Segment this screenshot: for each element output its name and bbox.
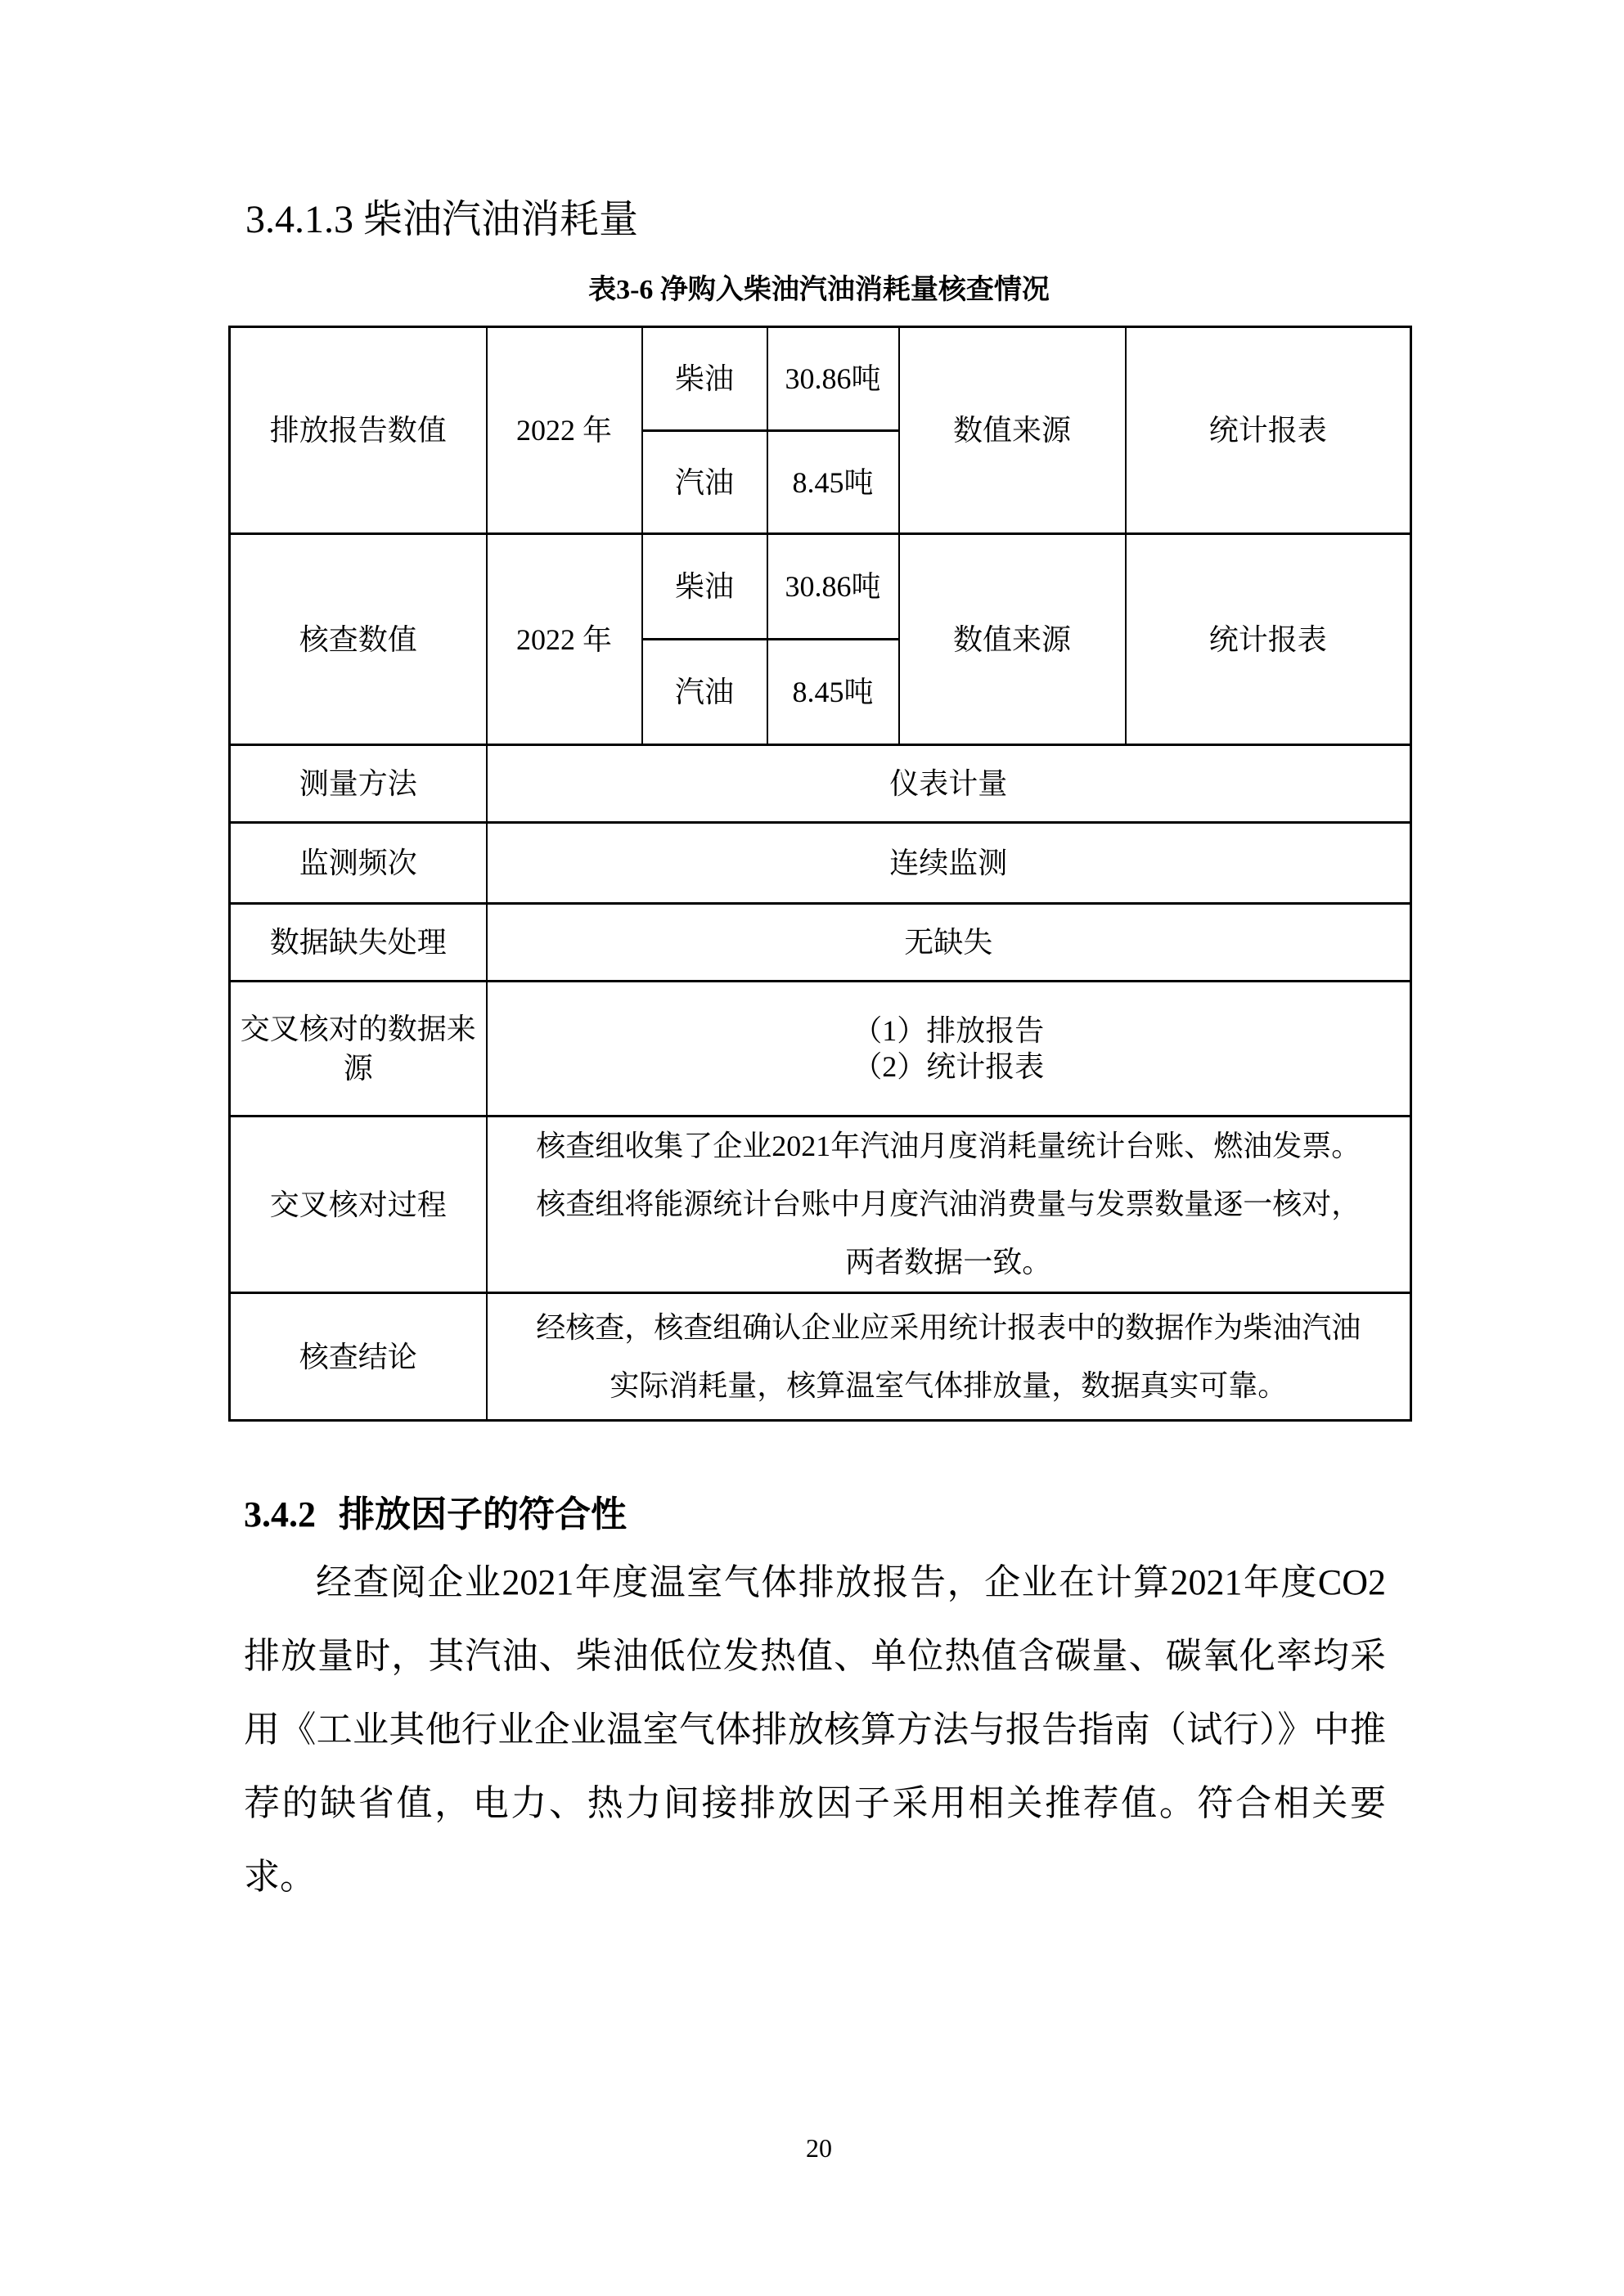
verified-fuel-diesel-cell: 柴油 [642, 534, 767, 640]
section-number: 3.4.2 [244, 1494, 316, 1534]
monitor-frequency-value-cell: 连续监测 [487, 823, 1411, 904]
cross-source-item: （1）排放报告 [493, 1013, 1406, 1049]
cross-process-line: 核查组收集了企业2021年汽油月度消耗量统计台账、燃油发票。 [493, 1117, 1406, 1175]
cross-process-line: 核查组将能源统计台账中月度汽油消费量与发票数量逐一核对， [493, 1175, 1406, 1233]
body-paragraph: 经查阅企业2021年度温室气体排放报告，企业在计算2021年度CO2排放量时，其… [244, 1546, 1386, 1914]
cross-process-value-cell: 核查组收集了企业2021年汽油月度消耗量统计台账、燃油发票。 核查组将能源统计台… [487, 1117, 1411, 1293]
missing-data-label-cell: 数据缺失处理 [230, 904, 487, 982]
conclusion-value-cell: 经核查，核查组确认企业应采用统计报表中的数据作为柴油汽油 实际消耗量，核算温室气… [487, 1293, 1411, 1421]
report-amount-diesel-cell: 30.86吨 [767, 327, 899, 431]
report-fuel-gasoline-cell: 汽油 [642, 431, 767, 534]
verified-year-cell: 2022 年 [487, 534, 642, 745]
table-row: 数据缺失处理 无缺失 [230, 904, 1411, 982]
verified-fuel-gasoline-cell: 汽油 [642, 640, 767, 745]
verification-table: 排放报告数值 2022 年 柴油 30.86吨 数值来源 统计报表 汽油 8.4… [228, 326, 1412, 1422]
measure-method-value-cell: 仪表计量 [487, 745, 1411, 823]
conclusion-line: 经核查，核查组确认企业应采用统计报表中的数据作为柴油汽油 [493, 1299, 1406, 1357]
section-heading-3413: 3.4.1.3 柴油汽油消耗量 [245, 196, 1624, 244]
verified-amount-gasoline-cell: 8.45吨 [767, 640, 899, 745]
cross-process-line: 两者数据一致。 [493, 1233, 1406, 1292]
verified-values-label-cell: 核查数值 [230, 534, 487, 745]
monitor-frequency-label-cell: 监测频次 [230, 823, 487, 904]
report-values-label-cell: 排放报告数值 [230, 327, 487, 534]
section-heading-342: 3.4.2排放因子的符合性 [244, 1494, 1624, 1536]
conclusion-label-cell: 核查结论 [230, 1293, 487, 1421]
table-row: 核查结论 经核查，核查组确认企业应采用统计报表中的数据作为柴油汽油 实际消耗量，… [230, 1293, 1411, 1421]
report-amount-gasoline-cell: 8.45吨 [767, 431, 899, 534]
table-row: 测量方法 仪表计量 [230, 745, 1411, 823]
report-year-cell: 2022 年 [487, 327, 642, 534]
table-row: 核查数值 2022 年 柴油 30.86吨 数值来源 统计报表 [230, 534, 1411, 640]
table-row: 交叉核对的数据来源 （1）排放报告 （2）统计报表 [230, 982, 1411, 1117]
table-row: 监测频次 连续监测 [230, 823, 1411, 904]
cross-source-value-cell: （1）排放报告 （2）统计报表 [487, 982, 1411, 1117]
report-fuel-diesel-cell: 柴油 [642, 327, 767, 431]
report-source-value-cell: 统计报表 [1126, 327, 1411, 534]
section-title: 排放因子的符合性 [339, 1494, 627, 1534]
cross-source-item: （2）统计报表 [493, 1049, 1406, 1085]
verified-source-label-cell: 数值来源 [899, 534, 1126, 745]
document-page: 3.4.1.3 柴油汽油消耗量 表3-6 净购入柴油汽油消耗量核查情况 排放报告… [0, 0, 1624, 2296]
measure-method-label-cell: 测量方法 [230, 745, 487, 823]
report-source-label-cell: 数值来源 [899, 327, 1126, 534]
table-caption: 表3-6 净购入柴油汽油消耗量核查情况 [228, 275, 1410, 306]
page-number: 20 [228, 2132, 1410, 2164]
conclusion-line: 实际消耗量，核算温室气体排放量，数据真实可靠。 [493, 1357, 1406, 1415]
cross-process-label-cell: 交叉核对过程 [230, 1117, 487, 1293]
verified-amount-diesel-cell: 30.86吨 [767, 534, 899, 640]
table-row: 排放报告数值 2022 年 柴油 30.86吨 数值来源 统计报表 [230, 327, 1411, 431]
cross-source-label-cell: 交叉核对的数据来源 [230, 982, 487, 1117]
missing-data-value-cell: 无缺失 [487, 904, 1411, 982]
verified-source-value-cell: 统计报表 [1126, 534, 1411, 745]
table-row: 交叉核对过程 核查组收集了企业2021年汽油月度消耗量统计台账、燃油发票。 核查… [230, 1117, 1411, 1293]
